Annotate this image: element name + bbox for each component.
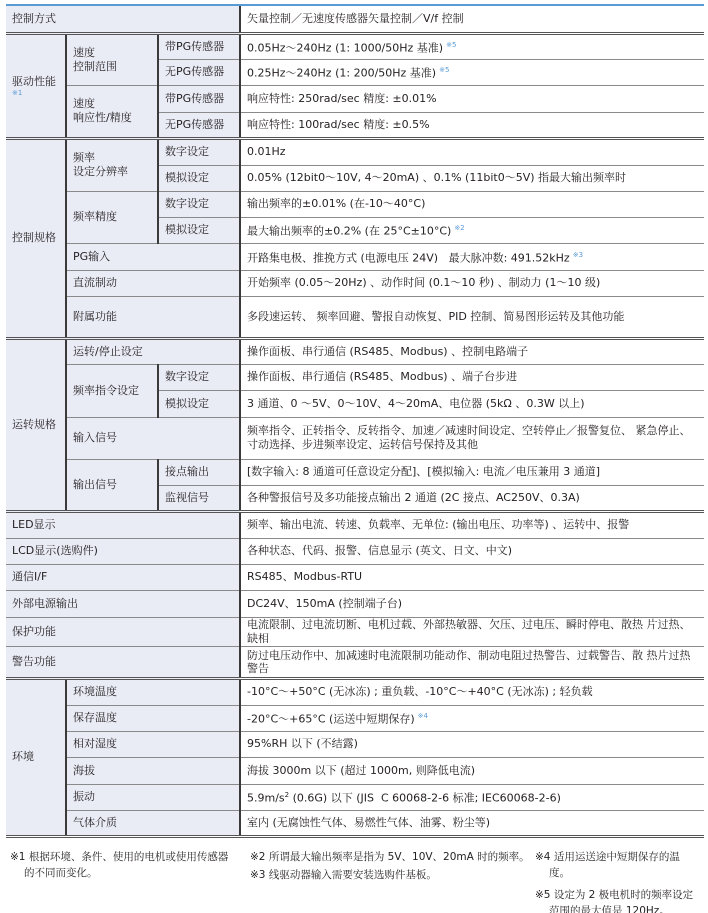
footnote-ref-1: ※1 [12, 89, 59, 97]
value-monitor-signal: 各种警报信号及多功能接点输出 2 通道 (2C 接点、AC250V、0.3A) [240, 485, 704, 511]
value-control-method: 矢量控制／无速度传感器矢量控制／V/f 控制 [240, 6, 704, 33]
label-without-pg: 无PG传感器 [158, 59, 240, 85]
label-lcd: LCD显示(选购件) [6, 538, 240, 564]
row-input-signal: 输入信号 频率指令、正转指令、反转指令、加速／减速时间设定、空转停止／报警复位、… [6, 417, 704, 459]
label-dc-brake: 直流制动 [66, 270, 240, 296]
value-altitude: 海拔 3000m 以下 (超过 1000m, 则降低电流) [240, 757, 704, 784]
row-env-vibration: 振动 5.9m/s2 (0.6G) 以下 (JIS C 60068-2-6 标准… [6, 784, 704, 810]
row-start-stop: 运转规格 运转/停止设定 操作面板、串行通信 (RS485、Modbus) 、控… [6, 338, 704, 364]
row-env-altitude: 海拔 海拔 3000m 以下 (超过 1000m, 则降低电流) [6, 757, 704, 784]
label-analog: 模拟设定 [158, 217, 240, 243]
row-pg-input: PG输入 开路集电极、推挽方式 (电源电压 24V) 最大脉冲数: 491.52… [6, 243, 704, 270]
label-analog: 模拟设定 [158, 165, 240, 191]
row-env-ambient: 环境 环境温度 -10°C～+50°C (无冰冻) ; 重负载、-10°C～+4… [6, 678, 704, 705]
row-env-humidity: 相对湿度 95%RH 以下 (不结露) [6, 731, 704, 757]
value-vibration: 5.9m/s2 (0.6G) 以下 (JIS C 60068-2-6 标准; I… [240, 784, 704, 810]
footnote-5: ※5 设定为 2 极电机时的频率设定 [535, 887, 707, 903]
label-freq-accuracy: 频率精度 [66, 191, 158, 243]
value-freq-res-digital: 0.01Hz [240, 138, 704, 165]
value-warning: 防过电压动作中、加减速时电流限制功能动作、制动电阻过热警告、过载警告、散 热片过… [240, 646, 704, 678]
label-comm: 通信I/F [6, 564, 240, 590]
value-protect: 电流限制、过电流切断、电机过载、外部热敏器、欠压、过电压、瞬时停电、散热 片过热… [240, 617, 704, 646]
footnote-ref-4: ※4 [418, 712, 428, 720]
row-drive-response-pg: 速度 响应性/精度 带PG传感器 响应特性: 250rad/sec 精度: ±0… [6, 85, 704, 112]
label-start-stop: 运转/停止设定 [66, 338, 240, 364]
label-extra-functions: 附属功能 [66, 296, 240, 338]
value-freq-acc-analog: 最大输出频率的±0.2% (在 25°C±10°C)※2 [240, 217, 704, 243]
row-protect: 保护功能 电流限制、过电流切断、电机过载、外部热敏器、欠压、过电压、瞬时停电、散… [6, 617, 704, 646]
label-run-spec: 运转规格 [6, 338, 66, 511]
row-led: LED显示 频率、输出电流、转速、负载率、无单位: (输出电压、功率等) 、运转… [6, 511, 704, 538]
footnote-ref-2: ※2 [454, 224, 464, 232]
footnote-2-3: ※2 所谓最大输出频率是指为 5V、10V、20mA 时的频率。 ※3 线驱动器… [250, 849, 535, 883]
value-dc-brake: 开始频率 (0.05～20Hz) 、动作时间 (0.1～10 秒) 、制动力 (… [240, 270, 704, 296]
value-ext-power: DC24V、150mA (控制端子台) [240, 590, 704, 617]
footnote-ref-5: ※5 [446, 41, 456, 49]
label-vibration: 振动 [66, 784, 240, 810]
value-start-stop: 操作面板、串行通信 (RS485、Modbus) 、控制电路端子 [240, 338, 704, 364]
value-ambient-temp: -10°C～+50°C (无冰冻) ; 重负载、-10°C～+40°C (无冰冻… [240, 678, 704, 705]
row-freq-cmd-digital: 频率指令设定 数字设定 操作面板、串行通信 (RS485、Modbus) 、端子… [6, 364, 704, 390]
value-freq-res-analog: 0.05% (12bit0～10V, 4～20mA) 、0.1% (11bit0… [240, 165, 704, 191]
row-dc-brake: 直流制动 开始频率 (0.05～20Hz) 、动作时间 (0.1～10 秒) 、… [6, 270, 704, 296]
label-environment: 环境 [6, 678, 66, 836]
row-warning: 警告功能 防过电压动作中、加减速时电流限制功能动作、制动电阻过热警告、过载警告、… [6, 646, 704, 678]
label-led: LED显示 [6, 511, 240, 538]
label-with-pg: 带PG传感器 [158, 33, 240, 59]
label-with-pg: 带PG传感器 [158, 85, 240, 112]
label-ext-power: 外部电源输出 [6, 590, 240, 617]
label-input-signal: 输入信号 [66, 417, 240, 459]
label-control-method: 控制方式 [6, 6, 240, 33]
row-control-method: 控制方式 矢量控制／无速度传感器矢量控制／V/f 控制 [6, 6, 704, 33]
row-ext-power: 外部电源输出 DC24V、150mA (控制端子台) [6, 590, 704, 617]
label-contact-output: 接点输出 [158, 459, 240, 485]
label-drive-performance: 驱动性能 ※1 [6, 33, 66, 138]
label-digital: 数字设定 [158, 191, 240, 217]
value-extra-functions: 多段速运转、 频率回避、警报自动恢复、PID 控制、简易图形运转及其他功能 [240, 296, 704, 338]
label-output-signal: 输出信号 [66, 459, 158, 511]
label-storage-temp: 保存温度 [66, 705, 240, 731]
row-env-gas: 气体介质 室内 (无腐蚀性气体、易燃性气体、油雾、粉尘等) [6, 810, 704, 836]
row-comm: 通信I/F RS485、Modbus-RTU [6, 564, 704, 590]
value-freq-cmd-digital: 操作面板、串行通信 (RS485、Modbus) 、端子台步进 [240, 364, 704, 390]
footnote-4-5: ※4 适用运送途中短期保存的温 度。 ※5 设定为 2 极电机时的频率设定 范围… [535, 849, 707, 913]
value-humidity: 95%RH 以下 (不结露) [240, 731, 704, 757]
label-digital: 数字设定 [158, 138, 240, 165]
value-speed-range-pg: 0.05Hz～240Hz (1: 1000/50Hz 基准)※5 [240, 33, 704, 59]
label-freq-cmd: 频率指令设定 [66, 364, 158, 417]
value-speed-range-nopg: 0.25Hz～240Hz (1: 200/50Hz 基准)※5 [240, 59, 704, 85]
value-comm: RS485、Modbus-RTU [240, 564, 704, 590]
label-speed-response: 速度 响应性/精度 [66, 85, 158, 138]
label-ambient-temp: 环境温度 [66, 678, 240, 705]
value-contact-output: [数字输入: 8 通道可任意设定分配]、[模拟输入: 电流／电压兼用 3 通道] [240, 459, 704, 485]
spec-table: 控制方式 矢量控制／无速度传感器矢量控制／V/f 控制 驱动性能 ※1 速度 控… [6, 6, 704, 838]
footnote-ref-3: ※3 [573, 251, 583, 259]
row-drive-speed-range-pg: 驱动性能 ※1 速度 控制范围 带PG传感器 0.05Hz～240Hz (1: … [6, 33, 704, 59]
label-monitor-signal: 监视信号 [158, 485, 240, 511]
row-freq-res-digital: 控制规格 频率 设定分辨率 数字设定 0.01Hz [6, 138, 704, 165]
label-pg-input: PG输入 [66, 243, 240, 270]
row-env-storage: 保存温度 -20°C～+65°C (运送中短期保存)※4 [6, 705, 704, 731]
label-digital: 数字设定 [158, 364, 240, 390]
label-altitude: 海拔 [66, 757, 240, 784]
row-output-contact: 输出信号 接点输出 [数字输入: 8 通道可任意设定分配]、[模拟输入: 电流／… [6, 459, 704, 485]
label-control-spec: 控制规格 [6, 138, 66, 338]
value-input-signal: 频率指令、正转指令、反转指令、加速／减速时间设定、空转停止／报警复位、 紧急停止… [240, 417, 704, 459]
value-freq-acc-digital: 输出频率的±0.01% (在-10～40°C) [240, 191, 704, 217]
label-speed-range: 速度 控制范围 [66, 33, 158, 85]
footnote-2: ※2 所谓最大输出频率是指为 5V、10V、20mA 时的频率。 [250, 849, 535, 865]
value-gas: 室内 (无腐蚀性气体、易燃性气体、油雾、粉尘等) [240, 810, 704, 836]
row-freq-acc-digital: 频率精度 数字设定 输出频率的±0.01% (在-10～40°C) [6, 191, 704, 217]
footnote-1: ※1 根据环境、条件、使用的电机或使用传感器 的不同而变化。 [10, 849, 250, 881]
row-extra-functions: 附属功能 多段速运转、 频率回避、警报自动恢复、PID 控制、简易图形运转及其他… [6, 296, 704, 338]
label-warning: 警告功能 [6, 646, 240, 678]
label-freq-resolution: 频率 设定分辨率 [66, 138, 158, 191]
label-analog: 模拟设定 [158, 390, 240, 417]
row-lcd: LCD显示(选购件) 各种状态、代码、报警、信息显示 (英文、日文、中文) [6, 538, 704, 564]
value-lcd: 各种状态、代码、报警、信息显示 (英文、日文、中文) [240, 538, 704, 564]
value-storage-temp: -20°C～+65°C (运送中短期保存)※4 [240, 705, 704, 731]
label-without-pg: 无PG传感器 [158, 112, 240, 138]
label-humidity: 相对湿度 [66, 731, 240, 757]
footnote-3: ※3 线驱动器输入需要安装选购件基板。 [250, 867, 535, 883]
label-gas: 气体介质 [66, 810, 240, 836]
footnote-ref-5: ※5 [439, 66, 449, 74]
value-freq-cmd-analog: 3 通道、0 ～5V、0～10V、4～20mA、电位器 (5kΩ 、0.3W 以… [240, 390, 704, 417]
value-response-nopg: 响应特性: 100rad/sec 精度: ±0.5% [240, 112, 704, 138]
label-protect: 保护功能 [6, 617, 240, 646]
value-response-pg: 响应特性: 250rad/sec 精度: ±0.01% [240, 85, 704, 112]
value-led: 频率、输出电流、转速、负载率、无单位: (输出电压、功率等) 、运转中、报警 [240, 511, 704, 538]
footnote-4: ※4 适用运送途中短期保存的温 [535, 849, 707, 865]
drive-label-text: 驱动性能 [12, 75, 56, 88]
value-pg-input: 开路集电极、推挽方式 (电源电压 24V) 最大脉冲数: 491.52kHz※3 [240, 243, 704, 270]
